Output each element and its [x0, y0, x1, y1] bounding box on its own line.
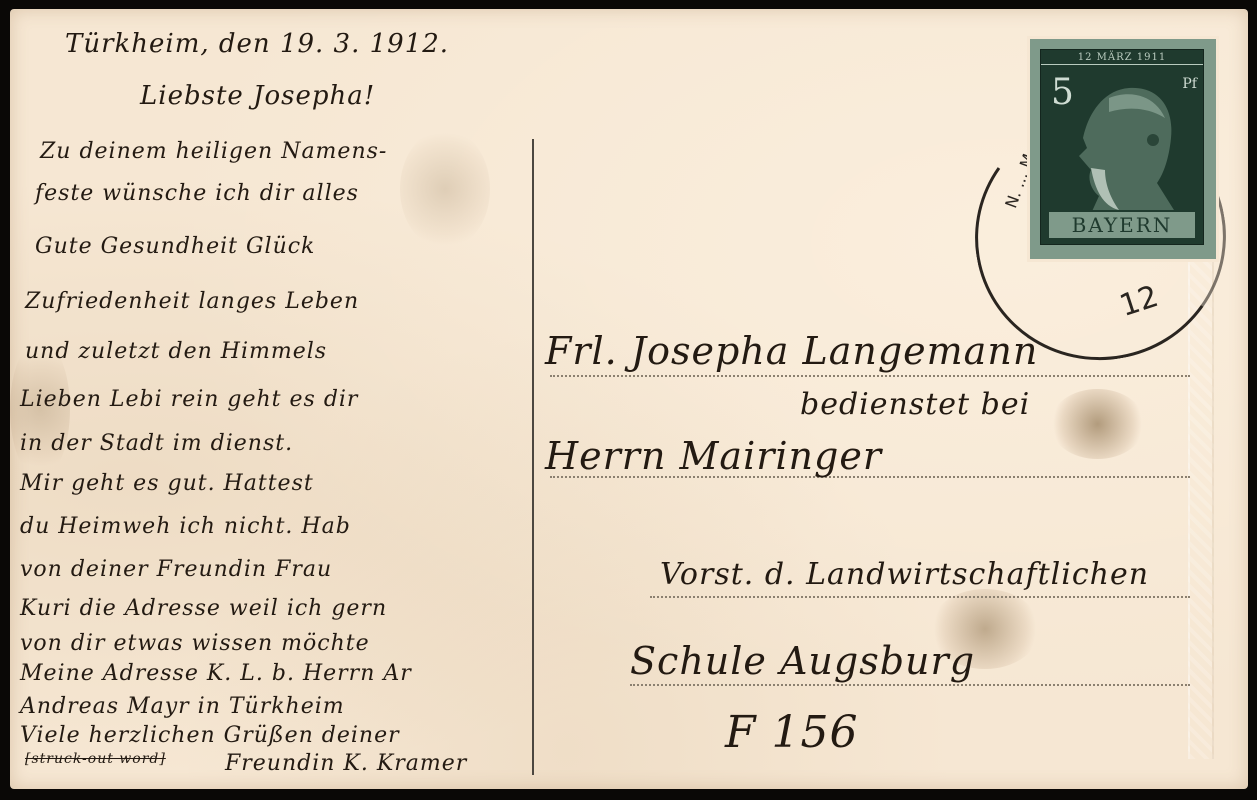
postage-stamp: 12 MÄRZ 1911 5 Pf BAYERN [1030, 39, 1216, 259]
message-line: feste wünsche ich dir alles [35, 181, 359, 206]
postcard: Türkheim, den 19. 3. 1912. Liebste Josep… [10, 9, 1248, 789]
message-line: Viele herzlichen Grüßen deiner [20, 723, 400, 748]
message-line: von deiner Freundin Frau [20, 557, 332, 582]
message-line: Zufriedenheit langes Leben [25, 289, 359, 314]
signature: Freundin K. Kramer [225, 751, 467, 776]
stamp-design: 12 MÄRZ 1911 5 Pf BAYERN [1040, 49, 1204, 245]
center-divider [532, 139, 534, 775]
message-line: Meine Adresse K. L. b. Herrn Ar [20, 661, 412, 686]
recipient-number: F 156 [725, 707, 859, 758]
message-line: in der Stadt im dienst. [20, 431, 293, 456]
message-line: und zuletzt den Himmels [25, 339, 327, 364]
message-line: Zu deinem heiligen Namens- [40, 139, 387, 164]
portrait-icon [1069, 78, 1189, 218]
message-line: von dir etwas wissen möchte [20, 631, 370, 656]
address-line-rule [650, 596, 1190, 598]
address-line-rule [630, 684, 1190, 686]
message-line: du Heimweh ich nicht. Hab [20, 514, 351, 539]
ink-stain [1050, 389, 1145, 459]
stamp-date: 12 MÄRZ 1911 [1041, 52, 1203, 65]
recipient-note: bedienstet bei [800, 387, 1030, 422]
recipient-city: Schule Augsburg [630, 639, 975, 683]
message-line: Mir geht es gut. Hattest [20, 471, 314, 496]
message-line: Kuri die Adresse weil ich gern [20, 596, 387, 621]
recipient-name: Frl. Josepha Langemann [545, 329, 1038, 373]
stamp-country: BAYERN [1047, 210, 1197, 240]
message-line: Lieben Lebi rein geht es dir [20, 387, 358, 412]
message-line: Andreas Mayr in Türkheim [20, 694, 345, 719]
salutation: Liebste Josepha! [140, 81, 375, 111]
recipient-institution: Vorst. d. Landwirtschaftlichen [660, 557, 1149, 592]
address-line-rule [550, 375, 1190, 377]
message-line: Gute Gesundheit Glück [35, 234, 315, 259]
crossed-out-word: [struck-out word] [25, 751, 166, 767]
water-stain [400, 129, 490, 249]
place-date: Türkheim, den 19. 3. 1912. [65, 29, 449, 59]
recipient-care-of: Herrn Mairinger [545, 434, 882, 478]
